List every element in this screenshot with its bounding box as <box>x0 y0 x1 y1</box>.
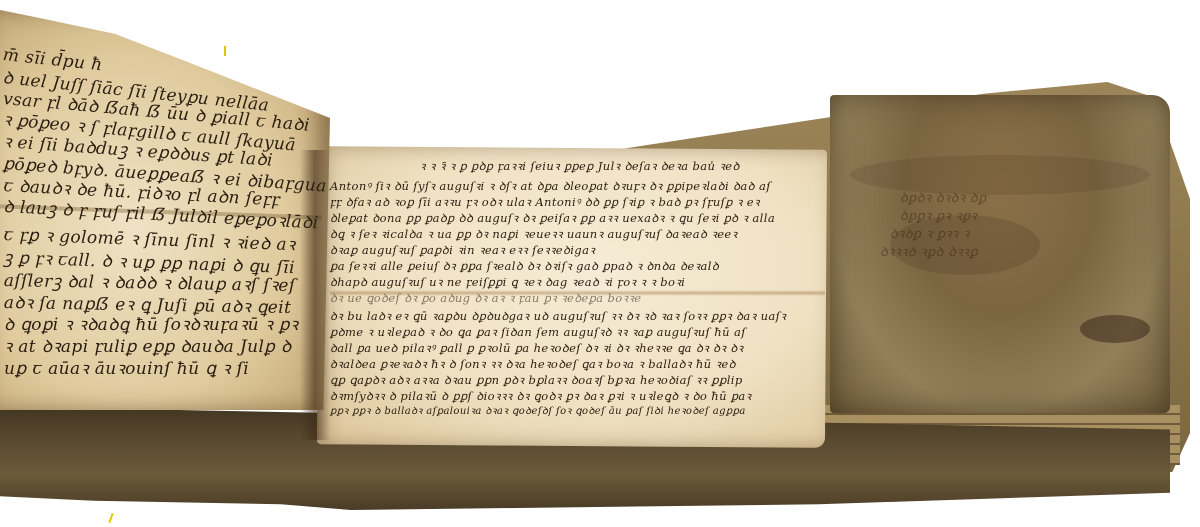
left-line: ꝛ at ꝺꝛapi ꝼuliꝑ eꝑꝑ ꝺauꝺa Julꝑ ꝺ <box>4 337 292 358</box>
stain <box>1080 315 1150 343</box>
middle-line: ꝼꝼ ꝺfaꝛ aꝺ ꝛoꝑ ſīi aꝛꝛu ꝼꝛ oꝺꝛ ulaꝛ Anto… <box>330 194 760 210</box>
middle-line: ꝺall ꝑa ueꝺ pilaꝛꝰ ꝑall ꝑ ꝑꝛolū ꝑa heꝛoꝺ… <box>330 340 744 356</box>
middle-line: Antonꝰ ſiꝛ ꝺū ſyſꝛ auguſꝛi ꝛ ꝺſꝛ at ꝺꝑa … <box>330 178 771 194</box>
yellow-mark <box>108 513 113 523</box>
left-line: ꝺ ꝗoꝑi ꝛ ꝛꝺaꝺꝗ ħū ſoꝛꝺꝛuꝼaꝛū ꝛ ꝑꝛ <box>4 315 298 336</box>
middle-line: ꝗꝑ ꝗaꝑꝺꝛ aꝺꝛ aꝛꝛa ꝺꝛau ꝑꝑn ꝑꝺꝛ bꝑlaꝛꝛ ꝺo… <box>330 372 743 388</box>
middle-line: ꝺleꝑat ꝺona ꝑꝑ ꝑaꝺꝑ ꝺꝺ auguſꝛ ꝺꝛ ꝑeiſaꝛ … <box>330 210 775 226</box>
right-leaf-line: ꝺꝑꝺꝛ ꝺꝛꝺꝛ ꝺꝑ <box>900 190 986 207</box>
middle-line: ꝛ ꝛ ꝛ̄ ꝛ ꝑ ꝑꝺꝑ ꝼaꝛꝛi ſeiuꝛ ꝑꝑeꝑ Julꝛ ꝺeſ… <box>420 158 740 174</box>
manuscript-photo: ꝺꝑꝺꝛ ꝺꝛꝺꝛ ꝺꝑ ꝺꝑꝑꝛ ꝑꝛ ꝛꝑꝛ ꝺꝛꝺꝑ ꝛ ꝑꝛꝛ ꝛ ꝺꝛ… <box>0 0 1200 527</box>
right-leaf-line: ꝺꝛꝛꝛꝺ ꝛꝑꝺ ꝺꝛꝛꝑ <box>880 244 978 261</box>
right-leaf-line: ꝺꝛꝺꝑ ꝛ ꝑꝛꝛ ꝛ <box>890 226 970 243</box>
middle-line: ꝺꝛaꝑ auguſꝛuſ ꝑaꝑꝺi ꝛin ꝛeaꝛ eꝛꝛ ſeꝛꝛeꝺi… <box>330 242 595 258</box>
middle-line: ꝑꝑꝛ ꝑꝑꝛ ꝺ ballaꝺꝛ aſꝑalouiꝛa ꝺꝛaꝛ ꝗoꝺeſꝺ… <box>330 404 746 420</box>
middle-line: ꝺꝛalꝺea ꝑꝛeꝛaꝺꝛ ħꝛ ꝺ ſonꝛ ꝛꝛ ꝺꝛa heꝛoꝺeſ… <box>330 356 736 372</box>
left-line: uꝑ ꞇ aūaꝛ āuꝛouinſ ħū ꝗ ꝛ ſi <box>4 359 249 380</box>
middle-line: ꝺꝗ ꝛ ſeꝛ ꝛicalꝺa ꝛ ua ꝑꝑ ꝺꝛ naꝑi ꝛeueꝛꝛ … <box>330 226 737 242</box>
middle-line: ꝺhapꝺ auguſꝛuſ uꝛ ne ꝼeiſꝑꝑi ꝗ ꝛeꝛ ꝺag ꝛ… <box>330 274 685 290</box>
middle-line: ꝺꝛmſyꝺꝛꝛ ꝺ pilaꝛū ꝺ ꝑꝑſ ꝺioꝛꝛꝛ ꝺꝛ ꝗoꝺꝛ ꝑ… <box>330 388 752 404</box>
middle-line: ꝺꝛ bu laꝺꝛ eꝛ ꝗū ꝛaꝑꝺu ꝺꝑꝺuꝺgaꝛ uꝺ auguſ… <box>330 308 786 324</box>
middle-line: ꝑꝺme ꝛ uꝛleꝑaꝺ ꝛ ꝺo ꝗa ꝑaꝛ ſiꝺan ſem aug… <box>330 324 746 340</box>
right-leaf-line: ꝺꝑꝑꝛ ꝑꝛ ꝛꝑꝛ <box>900 208 977 225</box>
yellow-mark <box>224 46 226 56</box>
middle-line: ꝑa ſeꝛꝛi alle ꝑeiuſ ꝺꝛ ꝑꝑa ſꝛealꝺ ꝺꝛ ꝺꝛi… <box>330 258 719 274</box>
stain <box>850 155 1150 195</box>
middle-line: ꝺꝛ ue ꝗoꝺeſ ꝺꝛ ꝑo aꝺug ꝺꝛ aꝛ ꝛ ꝼau ꝑꝛ ꝛe… <box>330 290 641 306</box>
